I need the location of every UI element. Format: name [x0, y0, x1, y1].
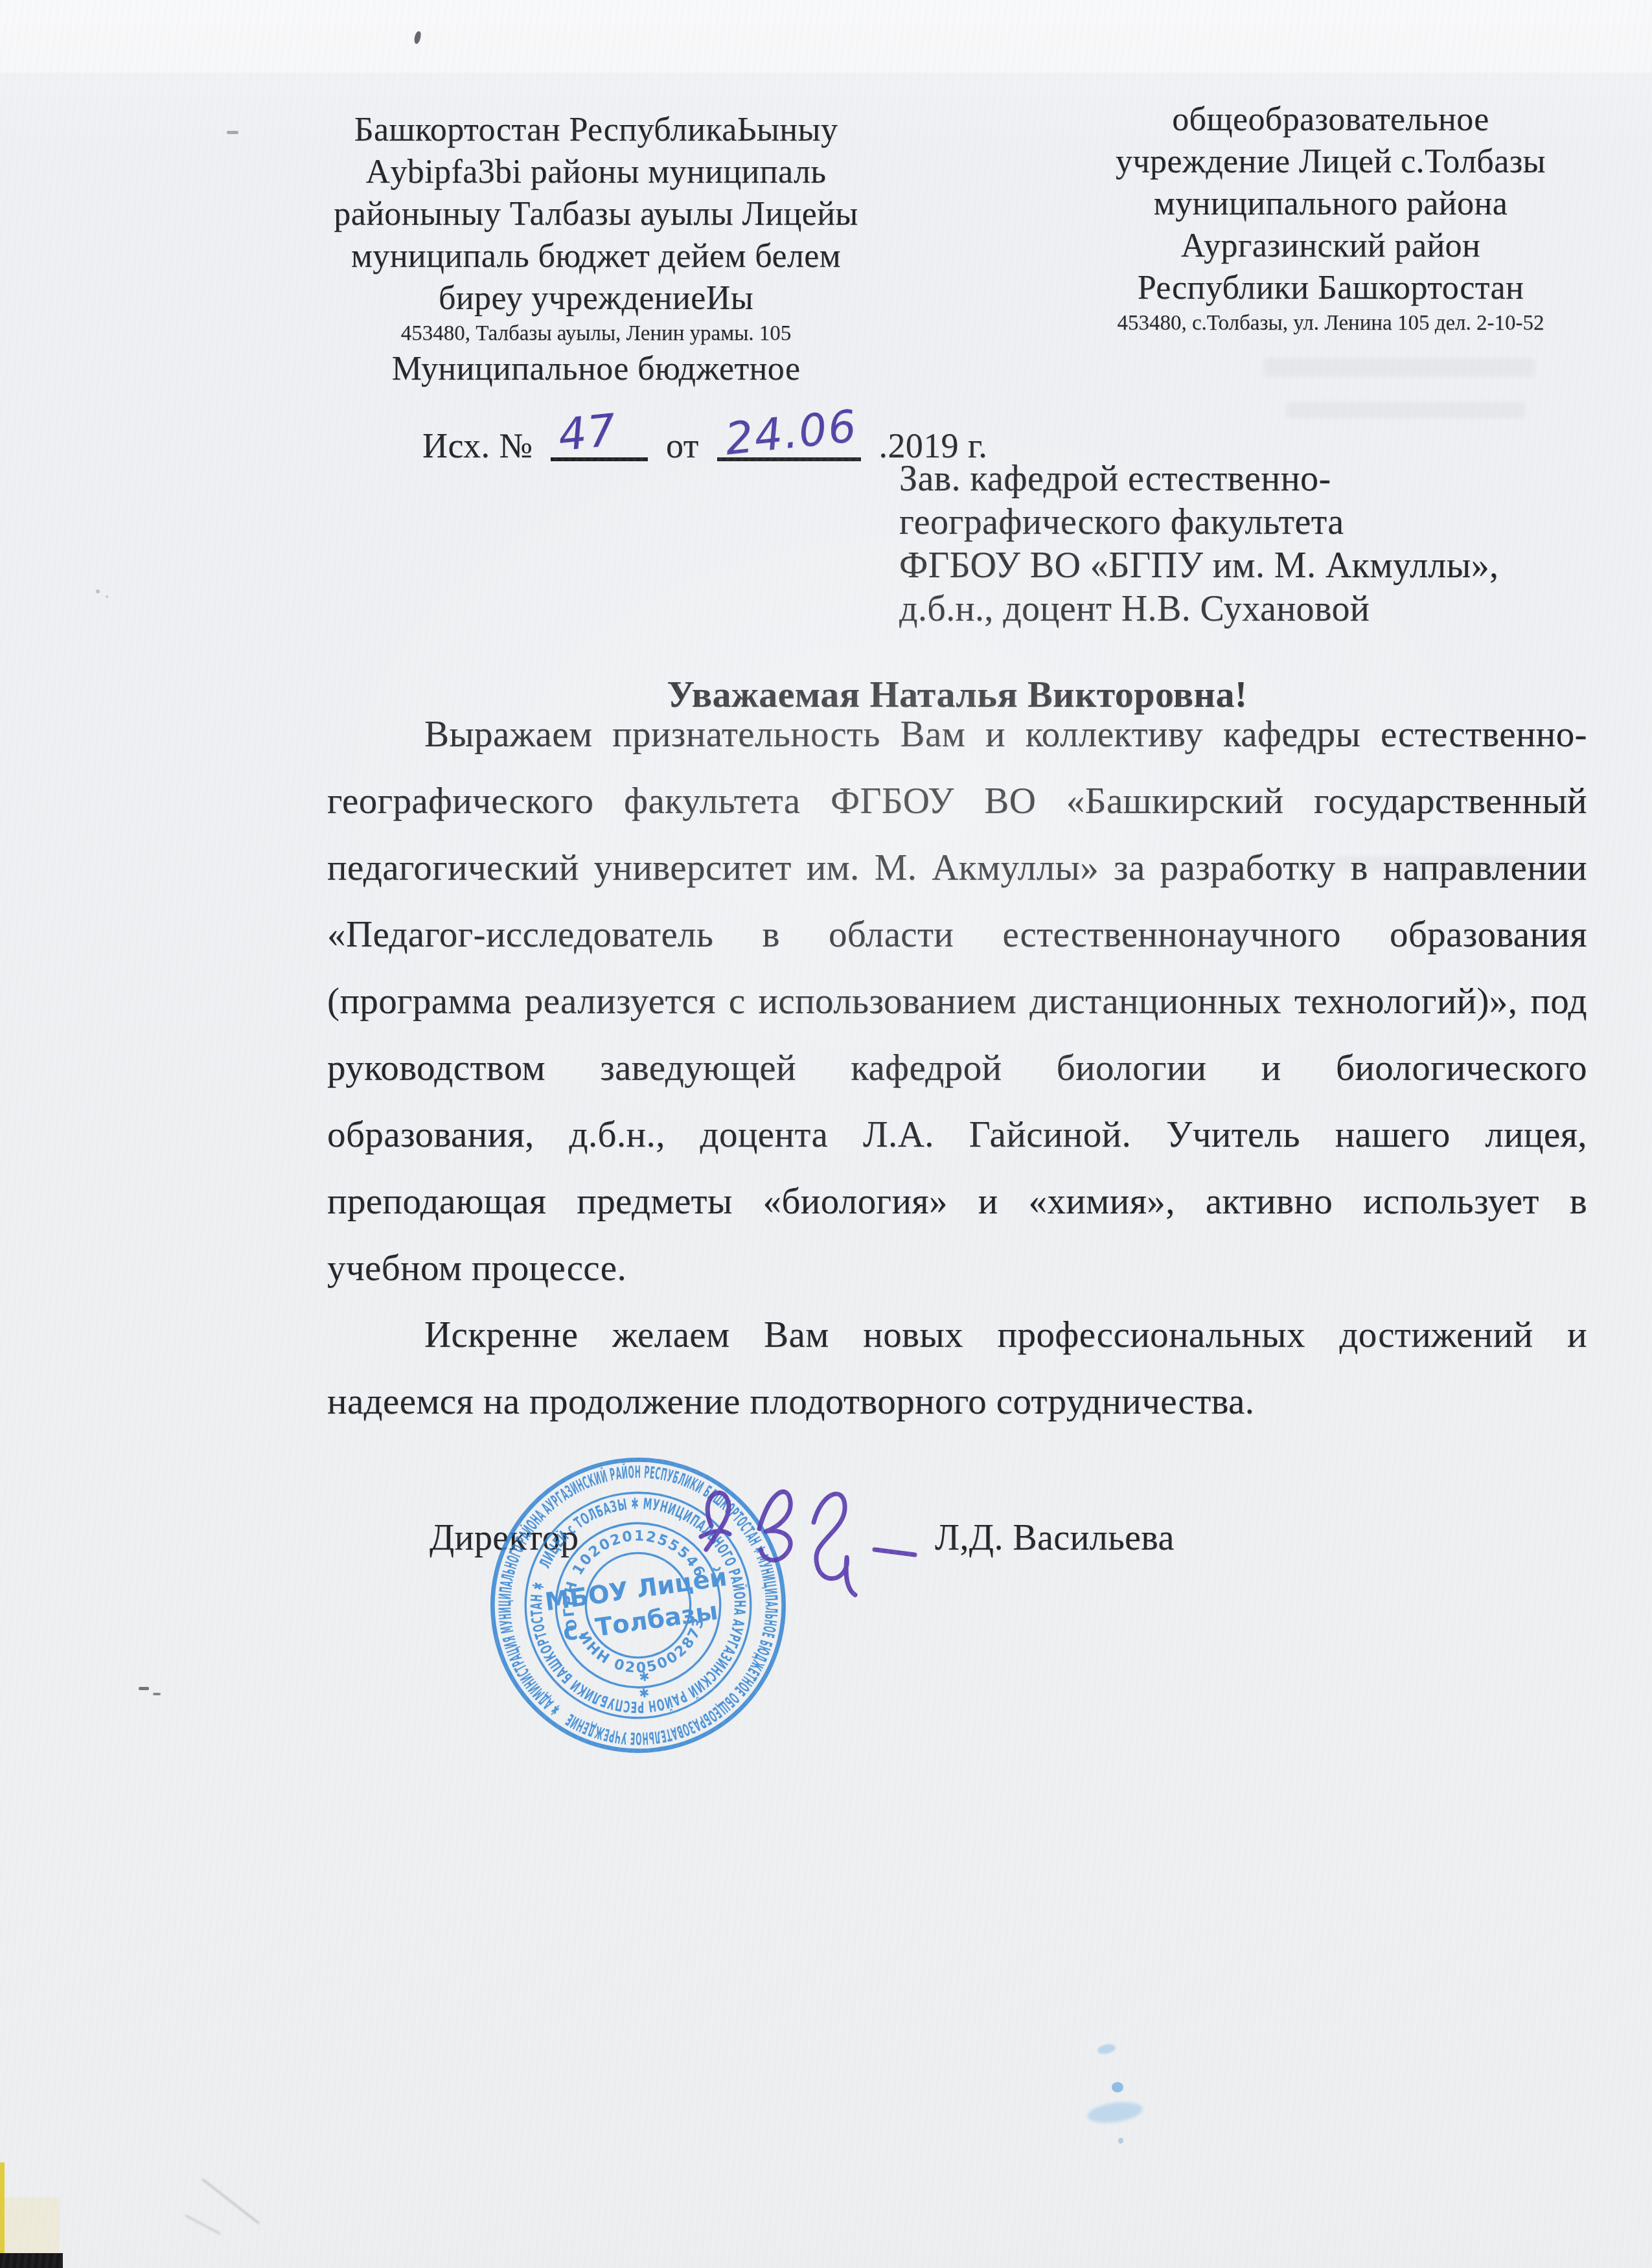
- letterhead-left-address: 453480, Талбазы ауылы, Ленин урамы. 105: [304, 319, 888, 348]
- letterhead-left-line: Аybipfa3bi районы муниципаль: [304, 151, 888, 193]
- body-line: учебном процессе.: [327, 1235, 1587, 1301]
- reference-from-word: от: [666, 426, 699, 465]
- reference-label: Исх. №: [422, 426, 533, 465]
- letterhead-left-line: Муниципальное бюджетное: [304, 348, 888, 390]
- recipient-line: Зав. кафедрой естественно-: [899, 457, 1579, 501]
- director-signature: [661, 1451, 959, 1607]
- letterhead-right-line: учреждение Лицей с.Толбазы: [1044, 141, 1617, 183]
- handwritten-outgoing-number: 47: [556, 404, 619, 461]
- ink-smudge: [1086, 2099, 1143, 2126]
- body-line: (программа реализуется с использованием …: [327, 968, 1587, 1035]
- letterhead-right-line: муниципального района: [1044, 183, 1617, 225]
- pencil-mark: [185, 2214, 222, 2236]
- letterhead-right-line: Аургазинский район: [1044, 225, 1617, 267]
- letterhead-right-address: 453480, с.Толбазы, ул. Ленина 105 дел. 2…: [1044, 309, 1617, 338]
- scan-edge-yellow-strip: [0, 2162, 5, 2268]
- recipient-line: географического факультета: [899, 501, 1579, 544]
- letterhead-right-line: Республики Башкортостан: [1044, 267, 1617, 309]
- bleed-through-line: [1286, 402, 1526, 418]
- letterhead-left: Башкортостан РеспубликаЬыныу Аybipfa3bi …: [304, 109, 888, 390]
- ink-smudge: [1097, 2043, 1116, 2056]
- letterhead-right: общеобразовательное учреждение Лицей с.Т…: [1044, 98, 1617, 338]
- signoff-name: Л,Д. Васильева: [935, 1517, 1175, 1559]
- letterhead-left-line: Башкортостан РеспубликаЬыныу: [304, 109, 888, 151]
- body-line: Выражаем признательность Вам и коллектив…: [327, 701, 1587, 768]
- letterhead-right-line: общеобразовательное: [1044, 98, 1617, 141]
- scan-dot: [106, 595, 108, 598]
- body-line: преподающая предметы «биология» и «химия…: [327, 1168, 1587, 1235]
- recipient-line: д.б.н., доцент Н.В. Сухановой: [899, 588, 1579, 631]
- scan-edge-black-corner: [0, 2253, 63, 2268]
- body-line: надеемся на продолжение плодотворного со…: [327, 1368, 1587, 1435]
- scan-dash: [227, 131, 238, 134]
- ink-smudge: [1112, 2082, 1123, 2092]
- signature-strokes: [701, 1492, 915, 1595]
- letterhead-left-line: биреу учреждениеИы: [304, 277, 888, 319]
- body-line: географического факультета ФГБОУ ВО «Баш…: [327, 768, 1587, 834]
- letterhead-left-line: муниципаль бюджет дейем белем: [304, 235, 888, 277]
- stamp-asterisk: ✱: [638, 1669, 650, 1685]
- pencil-mark: [201, 2178, 260, 2225]
- ink-smudge: [1118, 2138, 1123, 2144]
- body-line: Искренне желаем Вам новых профессиональн…: [327, 1301, 1587, 1368]
- bleed-through-line: [1263, 358, 1535, 377]
- letterhead-left-line: районыныу Талбазы ауылы Лицейы: [304, 193, 888, 235]
- scan-dash: [153, 1693, 161, 1695]
- scanned-letter-page: Башкортостан РеспубликаЬыныу Аybipfa3bi …: [0, 0, 1652, 2268]
- scan-dash: [139, 1687, 149, 1690]
- reference-date-blank: 24.06: [717, 420, 861, 461]
- scan-dot: [96, 590, 100, 593]
- body-line: образования, д.б.н., доцента Л.А. Гайсин…: [327, 1101, 1587, 1168]
- reference-number-blank: 47: [551, 420, 648, 461]
- stamp-asterisk: ✱: [638, 1685, 650, 1701]
- scan-light-band: [0, 0, 1652, 73]
- letter-body: Выражаем признательность Вам и коллектив…: [327, 701, 1587, 1435]
- body-line: «Педагог-исследователь в области естеств…: [327, 901, 1587, 968]
- bleed-through-line: [1335, 856, 1529, 872]
- handwritten-date: 24.06: [722, 401, 860, 466]
- recipient-line: ФГБОУ ВО «БГПУ им. М. Акмуллы»,: [899, 544, 1579, 588]
- body-line: руководством заведующей кафедрой биологи…: [327, 1035, 1587, 1101]
- recipient-block: Зав. кафедрой естественно- географическо…: [899, 457, 1579, 631]
